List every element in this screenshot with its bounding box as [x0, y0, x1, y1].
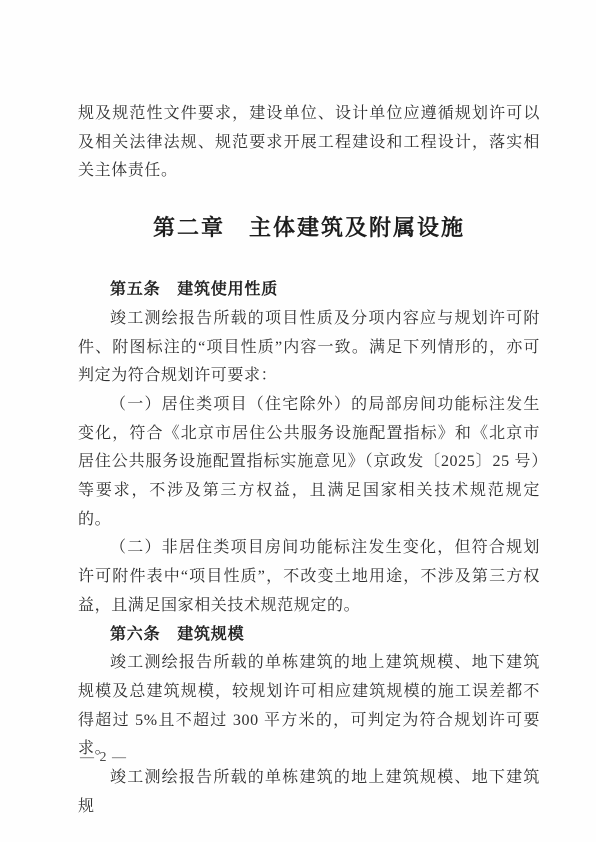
- document-page: 规及规范性文件要求，建设单位、设计单位应遵循规划许可以及相关法律法规、规范要求开…: [0, 0, 596, 842]
- article-6-paragraph-1: 竣工测绘报告所载的单栋建筑的地上建筑规模、地下建筑规模及总建筑规模，较规划许可相…: [78, 649, 540, 764]
- section-heading-article-6: 第六条 建筑规模: [78, 621, 540, 650]
- section-heading-article-5: 第五条 建筑使用性质: [78, 276, 540, 305]
- page-number: — 2 —: [80, 750, 127, 766]
- intro-paragraph: 规及规范性文件要求，建设单位、设计单位应遵循规划许可以及相关法律法规、规范要求开…: [78, 100, 540, 186]
- article-5-paragraph-1: 竣工测绘报告所载的项目性质及分项内容应与规划许可附件、附图标注的“项目性质”内容…: [78, 305, 540, 391]
- article-5-item-1: （一）居住类项目（住宅除外）的局部房间功能标注发生变化，符合《北京市居住公共服务…: [78, 391, 540, 535]
- article-6-paragraph-2-truncated: 竣工测绘报告所载的单栋建筑的地上建筑规模、地下建筑规: [78, 764, 540, 821]
- page-content: 规及规范性文件要求，建设单位、设计单位应遵循规划许可以及相关法律法规、规范要求开…: [0, 0, 596, 821]
- article-5-item-2: （二）非居住类项目房间功能标注发生变化，但符合规划许可附件表中“项目性质”，不改…: [78, 534, 540, 620]
- chapter-title: 第二章 主体建筑及附属设施: [78, 212, 540, 244]
